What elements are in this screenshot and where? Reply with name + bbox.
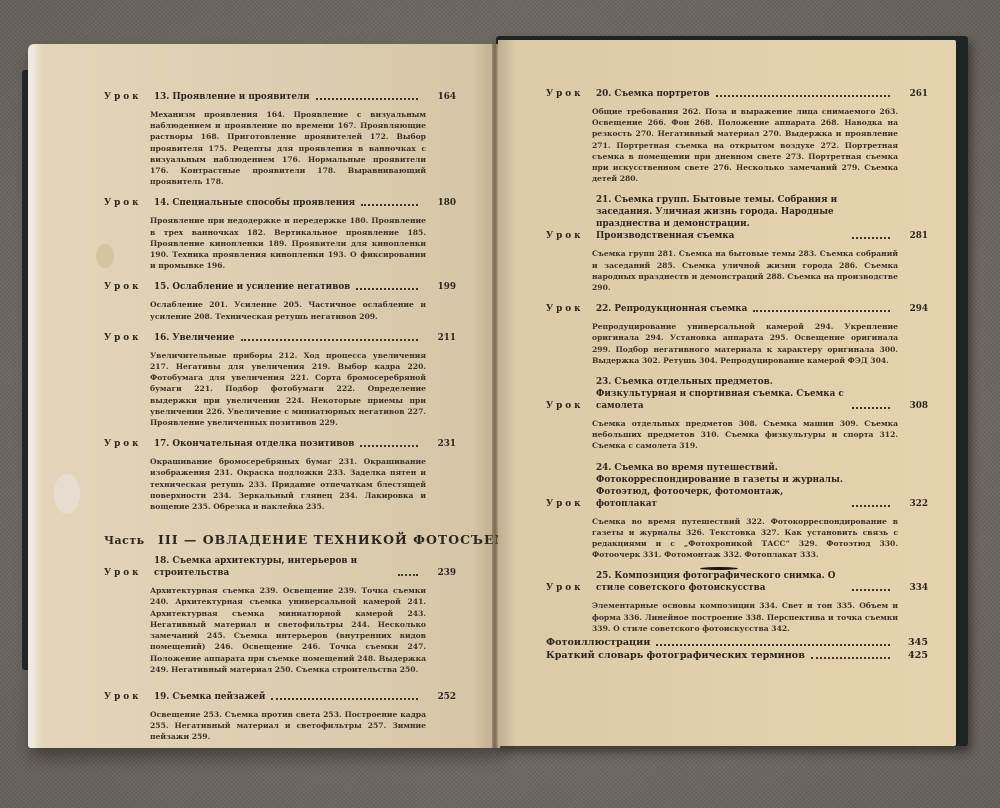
lesson-label: Урок <box>546 303 588 315</box>
page-number: 308 <box>898 400 928 412</box>
leader-dots <box>753 310 890 312</box>
lesson-label: Урок <box>546 582 588 594</box>
lesson-title: 14. Специальные способы проявления <box>154 197 355 209</box>
lesson-subtopics: Ослабление 201. Усиление 205. Частичное … <box>150 299 426 321</box>
toc-entry-lesson-16: Урок 16. Увеличение 211 Увеличительные п… <box>104 332 456 428</box>
right-toc: Урок 20. Съемка портретов 261 Общие треб… <box>546 88 928 662</box>
lesson-subtopics: Общие требования 262. Поза и выражение л… <box>592 106 898 184</box>
leader-dots <box>852 589 890 591</box>
lesson-subtopics: Съемка групп 281. Съемка на бытовые темы… <box>592 248 898 293</box>
back-matter-title: Фотоиллюстрации <box>546 636 650 649</box>
toc-entry-lesson-14: Урок 14. Специальные способы проявления … <box>104 197 456 271</box>
leader-dots <box>241 339 418 341</box>
book-spine-crease <box>492 44 498 748</box>
lesson-label: Урок <box>104 332 146 344</box>
back-matter-title: Краткий словарь фотографических терминов <box>546 649 805 662</box>
page-number: 294 <box>898 303 928 315</box>
leader-dots <box>360 445 418 447</box>
leader-dots <box>852 407 890 409</box>
lesson-label: Урок <box>546 400 588 412</box>
lesson-label: Урок <box>104 281 146 293</box>
page-number: 345 <box>898 636 928 649</box>
lesson-title: 15. Ослабление и усиление негативов <box>154 281 350 293</box>
toc-entry-lesson-24: Урок 24. Съемка во время путешествий. Фо… <box>546 462 928 561</box>
lesson-title: 17. Окончательная отделка позитивов <box>154 438 354 450</box>
lesson-title: 20. Съемка портретов <box>596 88 710 100</box>
lesson-subtopics: Освещение 253. Съемка против света 253. … <box>150 709 426 743</box>
lesson-label: Урок <box>546 230 588 242</box>
page-number: 425 <box>898 649 928 662</box>
left-toc: Урок 13. Проявление и проявители 164 Мех… <box>104 91 456 753</box>
lesson-title: 13. Проявление и проявители <box>154 91 310 103</box>
left-page: Урок 13. Проявление и проявители 164 Мех… <box>28 44 500 748</box>
lesson-subtopics: Механизм проявления 164. Проявление с ви… <box>150 109 426 187</box>
lesson-title: 23. Съемка отдельных предметов. Физкульт… <box>596 376 846 412</box>
lesson-title: 22. Репродукционная съемка <box>596 303 747 315</box>
lesson-title: 24. Съемка во время путешествий. Фотокор… <box>596 462 846 510</box>
leader-dots <box>852 505 890 507</box>
lesson-subtopics: Увеличительные приборы 212. Ход процесса… <box>150 350 426 428</box>
part-title: III — ОВЛАДЕНИЕ ТЕХНИКОЙ ФОТОСЪЕМКИ <box>158 532 535 547</box>
leader-dots <box>716 95 890 97</box>
page-number: 211 <box>426 332 456 344</box>
toc-entry-lesson-19: Урок 19. Съемка пейзажей 252 Освещение 2… <box>104 691 456 743</box>
leader-dots <box>356 288 418 290</box>
lesson-label: Урок <box>104 197 146 209</box>
toc-entry-glossary: Краткий словарь фотографических терминов… <box>546 649 928 662</box>
page-number: 180 <box>426 197 456 209</box>
lesson-title: 16. Увеличение <box>154 332 235 344</box>
leader-dots <box>271 698 418 700</box>
lesson-label: Урок <box>104 567 146 579</box>
lesson-label: Урок <box>104 691 146 703</box>
part-heading: Часть III — ОВЛАДЕНИЕ ТЕХНИКОЙ ФОТОСЪЕМК… <box>104 534 456 547</box>
lesson-label: Урок <box>104 91 146 103</box>
lesson-subtopics: Съемка отдельных предметов 308. Съемка м… <box>592 418 898 452</box>
page-number: 164 <box>426 91 456 103</box>
lesson-subtopics: Архитектурная съемка 239. Освещение 239.… <box>150 585 426 675</box>
page-number: 199 <box>426 281 456 293</box>
lesson-subtopics: Проявление при недодержке и передержке 1… <box>150 215 426 271</box>
leader-dots <box>656 644 890 646</box>
toc-entry-lesson-13: Урок 13. Проявление и проявители 164 Мех… <box>104 91 456 187</box>
lesson-title: 21. Съемка групп. Бытовые темы. Собрания… <box>596 194 846 242</box>
toc-entry-lesson-15: Урок 15. Ослабление и усиление негативов… <box>104 281 456 321</box>
leader-dots <box>852 237 890 239</box>
lesson-title: 25. Композиция фотографического снимка. … <box>596 570 846 594</box>
leader-dots <box>316 98 418 100</box>
lesson-subtopics: Съемка во время путешествий 322. Фотокор… <box>592 516 898 561</box>
toc-entry-lesson-23: Урок 23. Съемка отдельных предметов. Физ… <box>546 376 928 452</box>
toc-entry-lesson-25: Урок 25. Композиция фотографического сни… <box>546 570 928 634</box>
toc-entry-illustrations: Фотоиллюстрации 345 <box>546 636 928 649</box>
toc-entry-lesson-17: Урок 17. Окончательная отделка позитивов… <box>104 438 456 512</box>
part-label: Часть <box>104 534 145 547</box>
page-number: 281 <box>898 230 928 242</box>
lesson-title: 19. Съемка пейзажей <box>154 691 265 703</box>
lesson-label: Урок <box>104 438 146 450</box>
toc-entry-lesson-22: Урок 22. Репродукционная съемка 294 Репр… <box>546 303 928 366</box>
toc-entry-lesson-21: Урок 21. Съемка групп. Бытовые темы. Соб… <box>546 194 928 293</box>
toc-entry-lesson-18: Урок 18. Съемка архитектуры, интерьеров … <box>104 555 456 675</box>
page-number: 261 <box>898 88 928 100</box>
lesson-title: 18. Съемка архитектуры, интерьеров и стр… <box>154 555 392 579</box>
right-page: Урок 20. Съемка портретов 261 Общие треб… <box>498 40 956 746</box>
page-number: 322 <box>898 498 928 510</box>
leader-dots <box>811 657 890 659</box>
page-number: 334 <box>898 582 928 594</box>
end-ornament-rule <box>700 567 738 570</box>
lesson-subtopics: Элементарные основы композиции 334. Свет… <box>592 600 898 634</box>
page-number: 231 <box>426 438 456 450</box>
page-number: 239 <box>426 567 456 579</box>
page-number: 252 <box>426 691 456 703</box>
lesson-label: Урок <box>546 498 588 510</box>
lesson-label: Урок <box>546 88 588 100</box>
leader-dots <box>398 574 418 576</box>
lesson-subtopics: Репродуцирование универсальной камерой 2… <box>592 321 898 366</box>
leader-dots <box>361 204 418 206</box>
lesson-subtopics: Окрашивание бромосеребряных бумаг 231. О… <box>150 456 426 512</box>
toc-entry-lesson-20: Урок 20. Съемка портретов 261 Общие треб… <box>546 88 928 184</box>
